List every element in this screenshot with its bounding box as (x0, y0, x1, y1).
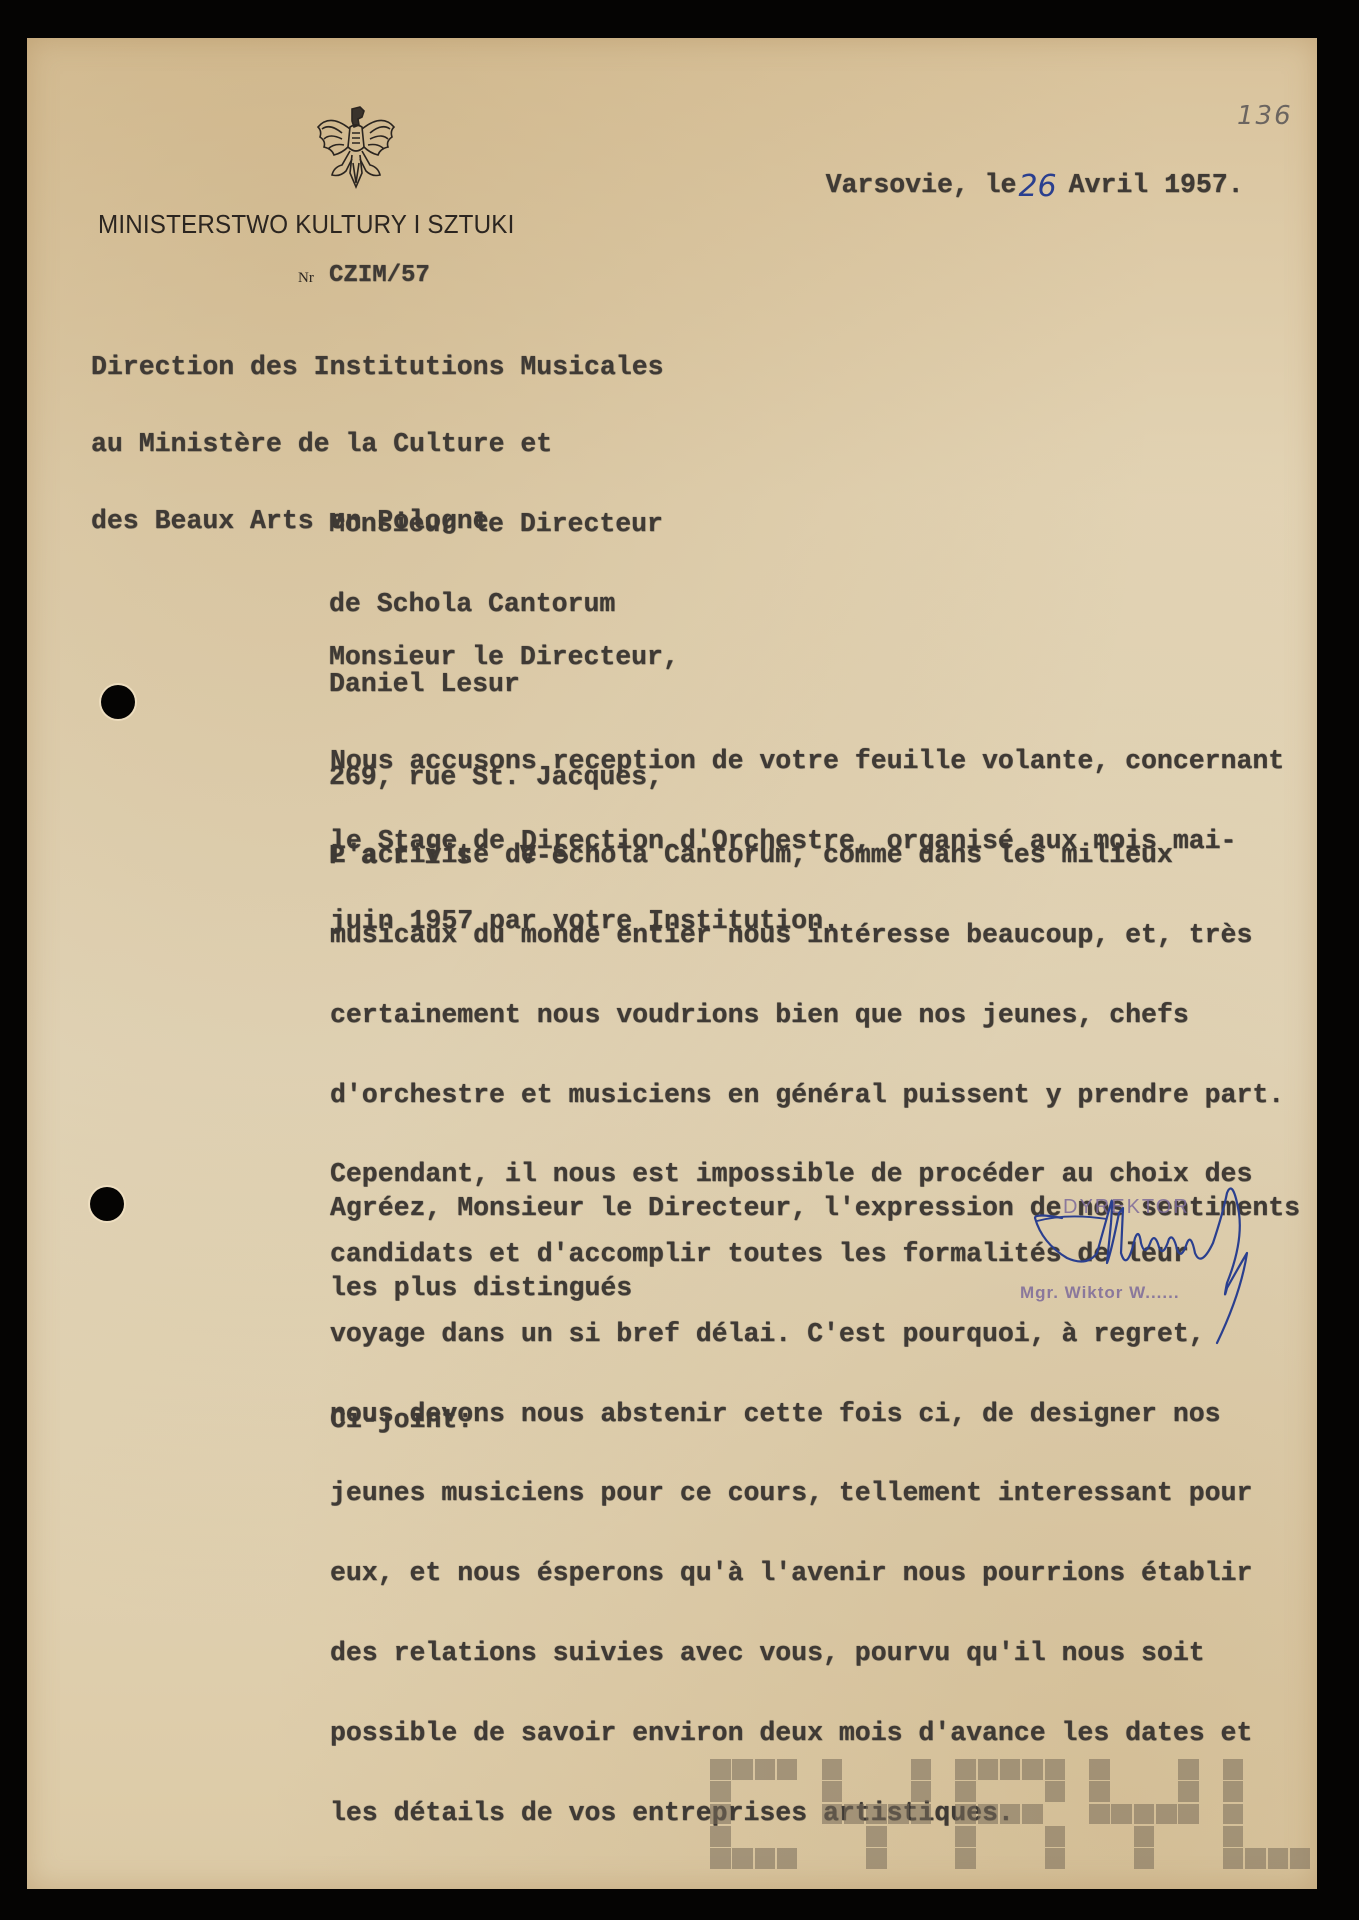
watermark-cell (1000, 1759, 1021, 1780)
watermark-cell (1022, 1804, 1043, 1825)
watermark-cell (1134, 1848, 1155, 1869)
watermark-cell (1223, 1759, 1244, 1780)
watermark-cell (1223, 1826, 1244, 1847)
handwritten-day: 26 (1018, 169, 1056, 204)
watermark-cell (1045, 1781, 1066, 1802)
dateline-month-year: Avril 1957. (1069, 170, 1244, 200)
watermark-cell (1223, 1848, 1244, 1869)
watermark-cell (866, 1804, 887, 1825)
enclosure-label: Ci-joint: (330, 1407, 473, 1434)
watermark-cell (777, 1848, 798, 1869)
letter-page: MINISTERSTWO KULTURY I SZTUKI Nr CZIM/57… (27, 38, 1317, 1889)
watermark-cell (866, 1848, 887, 1869)
watermark-cell (1290, 1848, 1311, 1869)
dateline: Varsovie, le26Avril 1957. (762, 143, 1244, 225)
archive-folio-number: 136 (1237, 101, 1293, 131)
watermark-cell (866, 1826, 887, 1847)
watermark-cell (1089, 1781, 1110, 1802)
watermark-cell (710, 1781, 731, 1802)
recipient-line: Monsieur le Directeur (329, 511, 663, 538)
body-line: Nous accusons reception de votre feuille… (330, 748, 1284, 775)
watermark-cell (955, 1781, 976, 1802)
watermark-cell (822, 1759, 843, 1780)
polish-eagle-emblem-icon (312, 103, 400, 193)
watermark-cell (1045, 1826, 1066, 1847)
recipient-line: de Schola Cantorum (329, 591, 663, 618)
watermark-cell (1045, 1759, 1066, 1780)
body-line: musicaux du monde entier nous intéresse … (330, 922, 1284, 949)
salutation: Monsieur le Directeur, (329, 644, 679, 671)
watermark-cell (1134, 1826, 1155, 1847)
punch-hole-top (101, 685, 135, 719)
watermark-cell (955, 1759, 976, 1780)
watermark-cell (955, 1826, 976, 1847)
watermark-cell (822, 1781, 843, 1802)
body-line: L'activité de Schola Cantorum, comme dan… (330, 842, 1284, 869)
watermark-cell (1089, 1804, 1110, 1825)
body-line: certainement nous voudrions bien que nos… (330, 1002, 1284, 1029)
punch-hole-bottom (90, 1187, 124, 1221)
watermark-cell (777, 1759, 798, 1780)
body-line: d'orchestre et musiciens en général puis… (330, 1082, 1284, 1109)
watermark-cell (888, 1804, 909, 1825)
watermark-cell (755, 1848, 776, 1869)
watermark-cell (755, 1759, 776, 1780)
watermark-cell (1022, 1759, 1043, 1780)
body-line: des relations suivies avec vous, pourvu … (330, 1640, 1284, 1667)
watermark-cell (1000, 1804, 1021, 1825)
watermark-cell (1045, 1848, 1066, 1869)
watermark-cell (710, 1759, 731, 1780)
watermark-cell (732, 1759, 753, 1780)
watermark-cell (911, 1781, 932, 1802)
department-line: au Ministère de la Culture et (91, 431, 664, 458)
department-line: Direction des Institutions Musicales (91, 354, 664, 381)
watermark-cell (710, 1826, 731, 1847)
watermark-cell (710, 1848, 731, 1869)
watermark-cell (1178, 1759, 1199, 1780)
reference-label: Nr (298, 270, 314, 287)
watermark-cell (978, 1804, 999, 1825)
watermark-cell (955, 1804, 976, 1825)
body-line: eux, et nous ésperons qu'à l'avenir nous… (330, 1560, 1284, 1587)
dateline-place: Varsovie, le (826, 170, 1017, 200)
watermark-cell (1223, 1804, 1244, 1825)
watermark-cell (1178, 1781, 1199, 1802)
watermark-cell (732, 1848, 753, 1869)
watermark-cell (978, 1759, 999, 1780)
watermark-cell (955, 1848, 976, 1869)
watermark-cell (1156, 1804, 1177, 1825)
watermark-cell (911, 1804, 932, 1825)
watermark-cell (710, 1804, 731, 1825)
watermark-cell (911, 1759, 932, 1780)
watermark-cell (822, 1804, 843, 1825)
watermark-cell (1134, 1804, 1155, 1825)
watermark-cell (1223, 1781, 1244, 1802)
body-line: jeunes musiciens pour ce cours, tellemen… (330, 1480, 1284, 1507)
watermark-cell (1268, 1848, 1289, 1869)
watermark-cell (1245, 1848, 1266, 1869)
reference-number: CZIM/57 (329, 263, 430, 290)
ministry-name: MINISTERSTWO KULTURY I SZTUKI (98, 209, 514, 240)
recipient-line: Daniel Lesur (329, 671, 663, 698)
watermark-cell (1178, 1804, 1199, 1825)
watermark-cell (1089, 1759, 1110, 1780)
watermark-cell (1111, 1804, 1132, 1825)
body-line: possible de savoir environ deux mois d'a… (330, 1720, 1284, 1747)
watermark-cell (844, 1804, 865, 1825)
handwritten-signature (1027, 1183, 1277, 1353)
